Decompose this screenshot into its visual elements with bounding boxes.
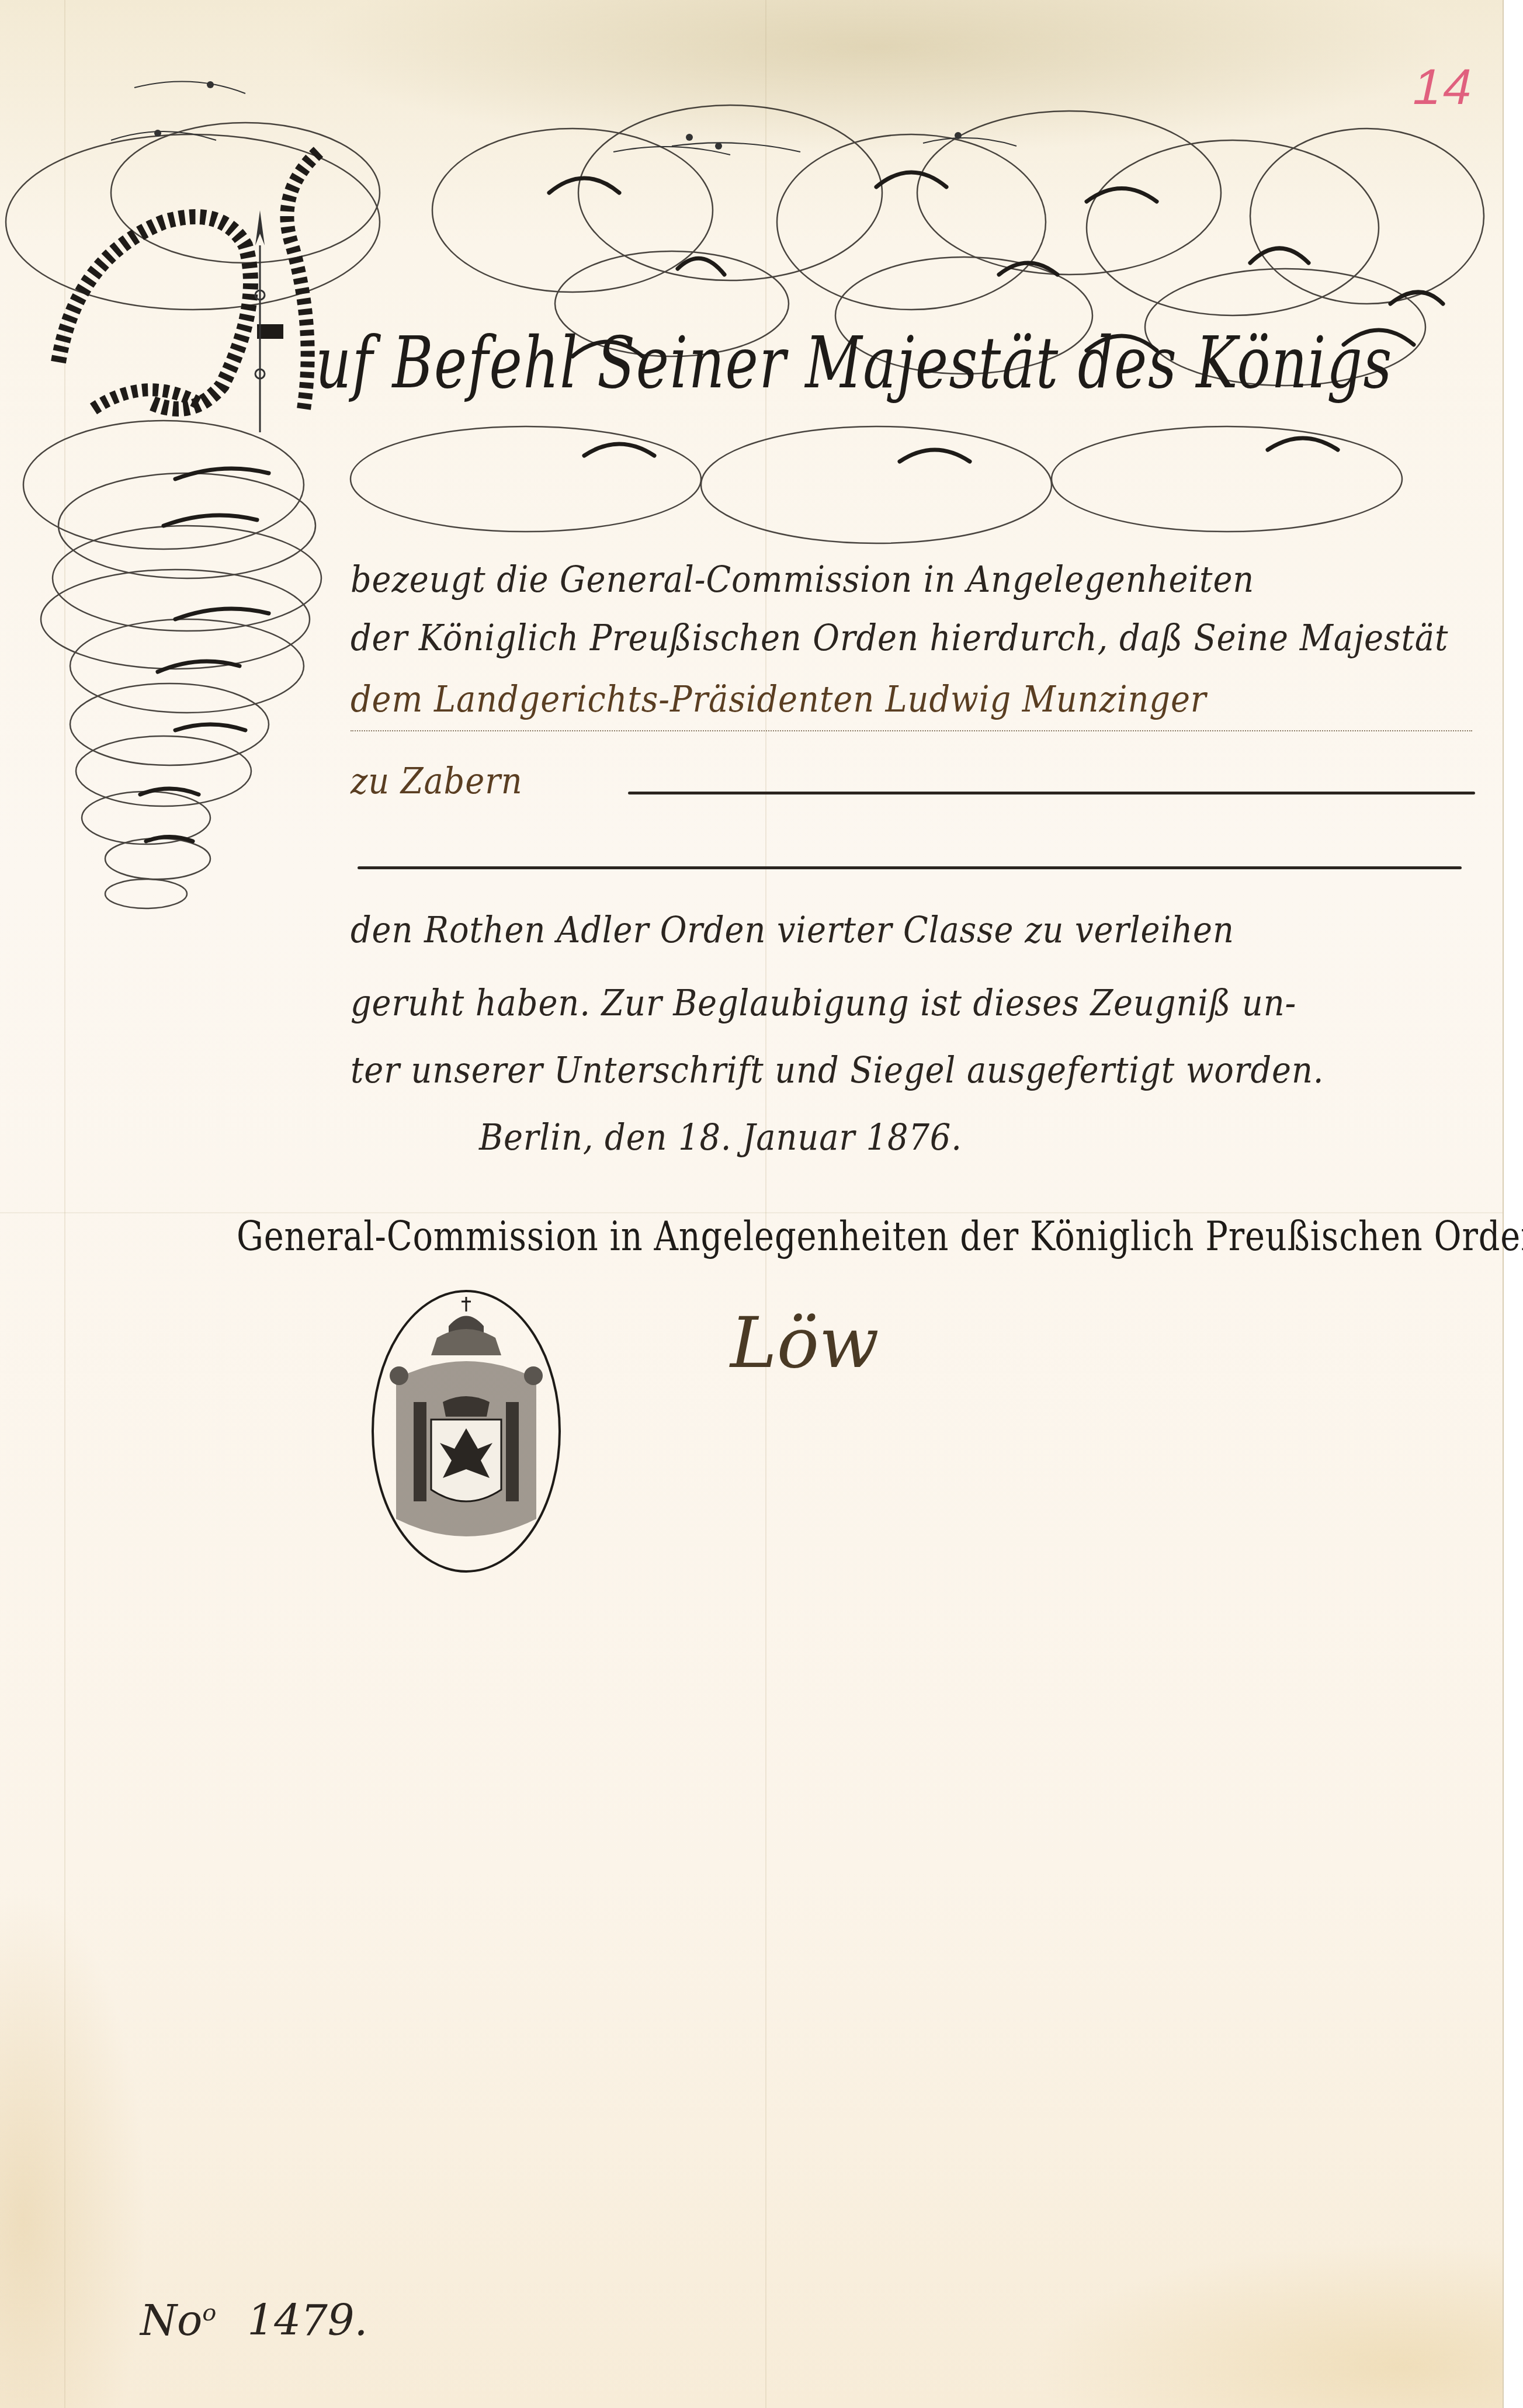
divider-rule [358, 866, 1462, 869]
calligraphic-flourish-icon [0, 0, 1503, 964]
issuer-line: General-Commission in Angelegenheiten de… [237, 1212, 1243, 1260]
number-label: No [140, 2296, 202, 2345]
body-line-3-recipient: dem Landgerichts-Präsidenten Ludwig Munz… [351, 678, 1360, 720]
document-number: Noo 1479. [140, 2296, 367, 2345]
body-line-2: der Königlich Preußischen Orden hierdurc… [351, 616, 1360, 659]
date-line: Berlin, den 18. Januar 1876. [479, 1116, 1489, 1158]
coat-of-arms-seal-icon [367, 1285, 566, 1577]
signature: Löw [730, 1303, 879, 1384]
body-line-6-order: den Rothen Adler Orden vierter Classe zu… [351, 908, 1360, 951]
body-line-7: geruht haben. Zur Beglaubigung ist diese… [351, 981, 1360, 1024]
body-line-8: ter unserer Unterschrift und Siegel ausg… [351, 1049, 1360, 1091]
page-number: 14 [1407, 58, 1480, 116]
divider-rule [628, 792, 1475, 794]
certificate-paper: 14 uf Befehl Seiner Majestät des Königs … [0, 0, 1504, 2408]
fill-in-dotted-line [351, 730, 1472, 731]
body-line-4-location: zu Zabern [351, 759, 1360, 802]
number-value: 1479. [247, 2296, 367, 2345]
body-line-1: bezeugt die General-Commission in Angele… [351, 558, 1360, 601]
page-title: uf Befehl Seiner Majestät des Königs [315, 321, 1217, 404]
